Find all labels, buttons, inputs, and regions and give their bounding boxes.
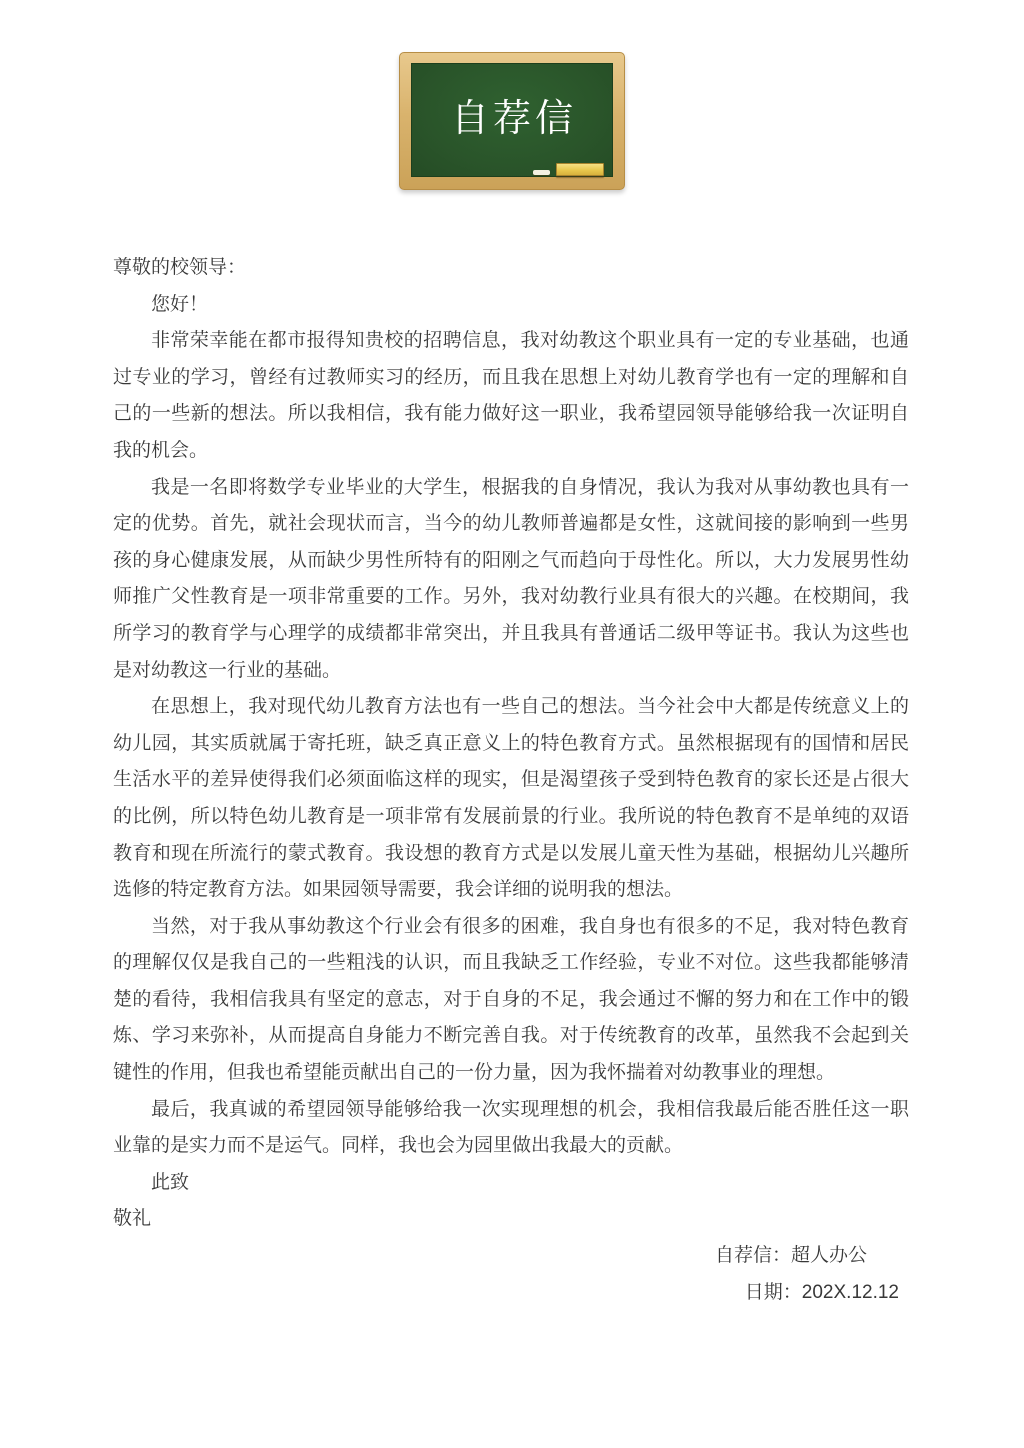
letter-paragraph: 在思想上，我对现代幼儿教育方法也有一些自己的想法。当今社会中大都是传统意义上的幼… [113, 689, 909, 909]
signature-line: 自荐信：超人办公 [113, 1238, 909, 1275]
closing-jingli: 敬礼 [113, 1201, 909, 1238]
letter-paragraph: 我是一名即将数学专业毕业的大学生，根据我的自身情况，我认为我对从事幼教也具有一定… [113, 470, 909, 690]
chalk-eraser-icon [556, 163, 604, 176]
date-line: 日期：202X.12.12 [113, 1275, 909, 1312]
greeting: 您好！ [113, 287, 909, 324]
letter-paragraph: 非常荣幸能在都市报得知贵校的招聘信息，我对幼教这个职业具有一定的专业基础，也通过… [113, 323, 909, 469]
chalkboard-surface: 自荐信 [411, 63, 613, 177]
letter-paragraph: 最后，我真诚的希望园领导能够给我一次实现理想的机会，我相信我最后能否胜任这一职业… [113, 1092, 909, 1165]
letter-paragraph: 当然，对于我从事幼教这个行业会有很多的困难，我自身也有很多的不足，我对特色教育的… [113, 909, 909, 1092]
salutation: 尊敬的校领导： [113, 250, 909, 287]
chalkboard-image: 自荐信 [399, 52, 625, 190]
letter-body: 尊敬的校领导： 您好！ 非常荣幸能在都市报得知贵校的招聘信息，我对幼教这个职业具… [113, 250, 909, 1311]
letter-title: 自荐信 [447, 100, 577, 138]
document-page: 自荐信 尊敬的校领导： 您好！ 非常荣幸能在都市报得知贵校的招聘信息，我对幼教这… [0, 0, 1024, 1448]
chalk-piece-icon [533, 170, 550, 175]
closing-cizhi: 此致 [113, 1165, 909, 1202]
